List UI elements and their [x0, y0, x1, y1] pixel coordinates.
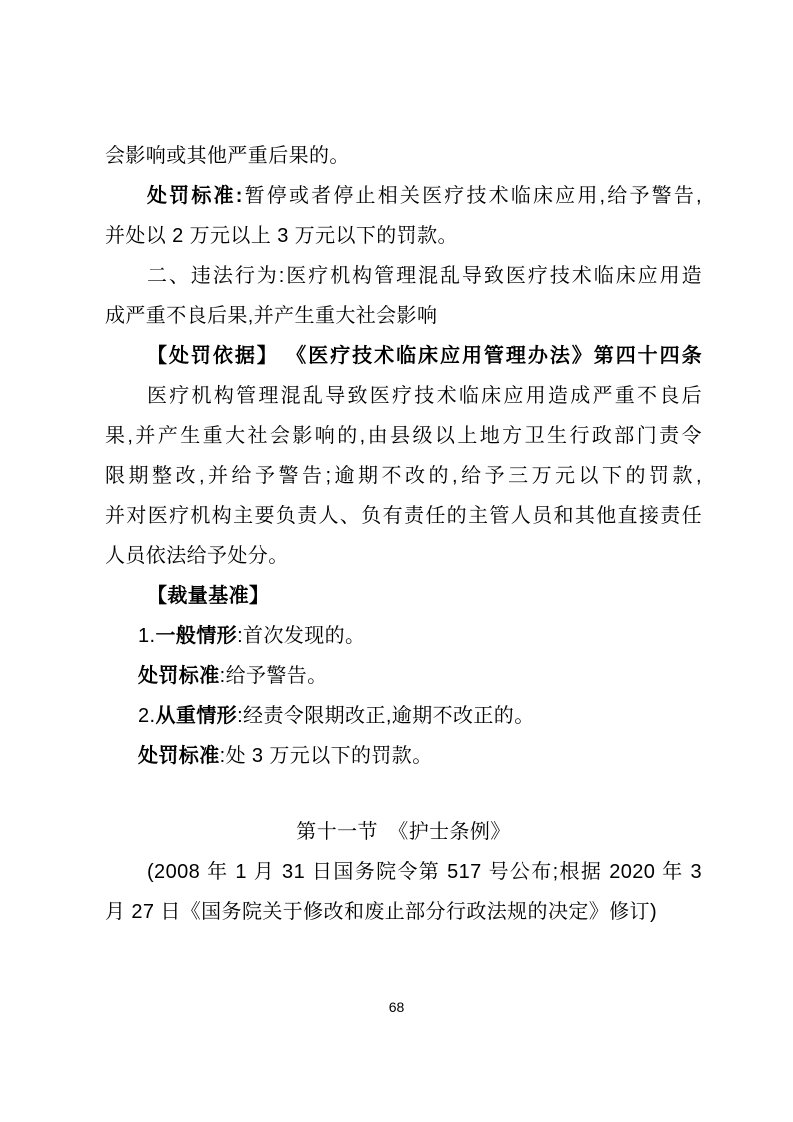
paragraph-line-discretion-benchmark: 【裁量基准】: [105, 576, 702, 616]
paragraph-line-violation: 二、违法行为:医疗机构管理混乱导致医疗技术临床应用造: [105, 256, 702, 296]
penalty-standard-label: 处罚标准:: [147, 185, 243, 207]
paragraph-line-general-case: 1.一般情形:首次发现的。: [105, 616, 702, 656]
section-heading: 第十一节 《护士条例》: [105, 812, 702, 852]
blank-line: [105, 776, 702, 812]
page-number: 68: [0, 997, 793, 1017]
paragraph-line: 果,并产生重大社会影响的,由县级以上地方卫生行政部门责令: [105, 416, 702, 456]
body-text: 二、违法行为:医疗机构管理混乱导致医疗技术临床应用造: [147, 265, 702, 287]
paragraph-line-aggravated-case: 2.从重情形:经责令限期改正,逾期不改正的。: [105, 696, 702, 736]
paragraph-line: 限期整改,并给予警告;逾期不改的,给予三万元以下的罚款,: [105, 456, 702, 496]
aggravated-case-label: 从重情形: [155, 705, 237, 727]
paragraph-line-penalty-standard: 处罚标准:给予警告。: [105, 656, 702, 696]
body-text: 并处以 2 万元以上 3 万元以下的罚款。: [105, 225, 458, 247]
body-text: 限期整改,并给予警告;逾期不改的,给予三万元以下的罚款,: [105, 465, 702, 487]
body-text: :给予警告。: [220, 665, 328, 687]
body-text: 会影响或其他严重后果的。: [105, 145, 350, 167]
body-text: 月 27 日《国务院关于修改和废止部分行政法规的决定》修订): [105, 901, 657, 923]
body-text: 成严重不良后果,并产生重大社会影响: [105, 305, 437, 327]
item-number: 1.: [138, 625, 155, 647]
penalty-basis-heading: 【处罚依据】 《医疗技术临床应用管理办法》第四十四条: [147, 345, 702, 367]
body-text: (2008 年 1 月 31 日国务院令第 517 号公布;根据 2020 年 …: [147, 861, 702, 883]
paragraph-line: 医疗机构管理混乱导致医疗技术临床应用造成严重不良后: [105, 376, 702, 416]
paragraph-line-promulgation: (2008 年 1 月 31 日国务院令第 517 号公布;根据 2020 年 …: [105, 852, 702, 892]
body-text: 果,并产生重大社会影响的,由县级以上地方卫生行政部门责令: [105, 425, 702, 447]
paragraph-line: 并处以 2 万元以上 3 万元以下的罚款。: [105, 216, 702, 256]
paragraph-line-promulgation: 月 27 日《国务院关于修改和废止部分行政法规的决定》修订): [105, 892, 702, 932]
body-text: 暂停或者停止相关医疗技术临床应用,给予警告,: [243, 185, 702, 207]
body-text: 医疗机构管理混乱导致医疗技术临床应用造成严重不良后: [147, 385, 702, 407]
penalty-standard-label: 处罚标准: [138, 745, 220, 767]
paragraph-line-penalty-standard: 处罚标准:处 3 万元以下的罚款。: [105, 736, 702, 776]
body-text: 并对医疗机构主要负责人、负有责任的主管人员和其他直接责任: [105, 505, 702, 527]
body-text: 人员依法给予处分。: [105, 545, 289, 567]
paragraph-line: 并对医疗机构主要负责人、负有责任的主管人员和其他直接责任: [105, 496, 702, 536]
body-text: :首次发现的。: [237, 625, 365, 647]
paragraph-line-penalty-standard: 处罚标准:暂停或者停止相关医疗技术临床应用,给予警告,: [105, 176, 702, 216]
document-body: 会影响或其他严重后果的。 处罚标准:暂停或者停止相关医疗技术临床应用,给予警告,…: [105, 136, 702, 932]
paragraph-line-continuation: 会影响或其他严重后果的。: [105, 136, 702, 176]
penalty-standard-label: 处罚标准: [138, 665, 220, 687]
discretion-benchmark-heading: 【裁量基准】: [147, 585, 269, 607]
paragraph-line: 成严重不良后果,并产生重大社会影响: [105, 296, 702, 336]
document-page: 会影响或其他严重后果的。 处罚标准:暂停或者停止相关医疗技术临床应用,给予警告,…: [0, 0, 793, 1122]
item-number: 2.: [138, 705, 155, 727]
paragraph-line-penalty-basis: 【处罚依据】 《医疗技术临床应用管理办法》第四十四条: [105, 336, 702, 376]
section-heading-text: 第十一节 《护士条例》: [296, 821, 510, 843]
body-text: :经责令限期改正,逾期不改正的。: [237, 705, 535, 727]
paragraph-line: 人员依法给予处分。: [105, 536, 702, 576]
body-text: :处 3 万元以下的罚款。: [220, 745, 433, 767]
general-case-label: 一般情形: [155, 625, 237, 647]
